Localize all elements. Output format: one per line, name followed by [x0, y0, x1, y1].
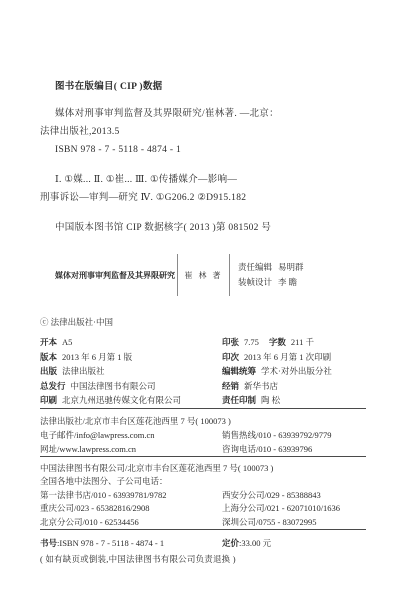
book-copyright-page: 图书在版编目( CIP )数据 媒体对刑事审判监督及其界限研究/崔林著. —北京… [0, 0, 397, 616]
branch-first-law-bookstore: 第一法律书店/010 - 63939781/9782 [40, 489, 222, 503]
return-policy-note: ( 如有缺页或倒装,中国法律图书有限公司负责退换 ) [40, 552, 366, 566]
branch-row: 第一法律书店/010 - 63939781/9782 西安分公司/029 - 8… [40, 489, 366, 503]
branch-row: 北京分公司/010 - 62534456 深圳公司/0755 - 8307299… [40, 516, 366, 530]
branch-beijing: 北京分公司/010 - 62534456 [40, 516, 222, 530]
impression-row: 印次2013 年 6 月第 1 次印刷 [222, 350, 366, 365]
distributor-address: 中国法律图书有限公司/北京市丰台区莲花池西里 7 号( 100073 ) [40, 462, 366, 476]
distributor-section: 中国法律图书有限公司/北京市丰台区莲花池西里 7 号( 100073 ) 全国各… [40, 462, 366, 530]
cip-isbn: ISBN 978 - 7 - 5118 - 4874 - 1 [40, 141, 366, 159]
retailer-row: 经销新华书店 [222, 379, 366, 394]
email-hotline-row: 电子邮件/info@lawpress.com.cn 销售热线/010 - 639… [40, 428, 366, 442]
inquiry-phone: 咨询电话/010 - 63939796 [222, 442, 366, 456]
publisher-row: 出版法律出版社 [40, 364, 222, 379]
print-info-table: 开本A5 版本2013 年 6 月第 1 版 出版法律出版社 总发行中国法律图书… [40, 335, 366, 408]
print-info-left-column: 开本A5 版本2013 年 6 月第 1 版 出版法律出版社 总发行中国法律图书… [40, 335, 222, 408]
editorial-dept-row: 编辑统筹学术·对外出版分社 [222, 364, 366, 379]
author-name: 崔 林 著 [177, 254, 230, 296]
branch-row: 重庆公司/023 - 65382816/2908 上海分公司/021 - 620… [40, 502, 366, 516]
editor-label: 责任编辑 [238, 262, 272, 272]
general-distributor-row: 总发行中国法律图书有限公司 [40, 379, 222, 394]
editor-name: 易明群 [278, 262, 304, 272]
sheets-wordcount-row: 印张7.75字数211 千 [222, 335, 366, 350]
print-supervisor-row: 责任印制陶 松 [222, 393, 366, 408]
website-phone-row: 网址/www.lawpress.com.cn 咨询电话/010 - 639397… [40, 442, 366, 456]
divider [40, 529, 366, 530]
divider [40, 408, 366, 409]
branch-chongqing: 重庆公司/023 - 65382816/2908 [40, 502, 222, 516]
publisher-contact-section: 法律出版社/北京市丰台区莲花池西里 7 号( 100073 ) 电子邮件/inf… [40, 414, 366, 456]
designer-label: 装帧设计 [238, 277, 272, 287]
editor-row: 责任编辑易明群 [238, 260, 304, 275]
printer-row: 印刷北京九州迅驰传媒文化有限公司 [40, 393, 222, 408]
format-row: 开本A5 [40, 335, 222, 350]
cip-heading: 图书在版编目( CIP )数据 [40, 78, 366, 96]
copyright-line: ⓒ 法律出版社·中国 [40, 316, 366, 328]
branch-xian: 西安分公司/029 - 85388843 [222, 489, 366, 503]
publisher-email: 电子邮件/info@lawpress.com.cn [40, 428, 222, 442]
print-info-right-column: 印张7.75字数211 千 印次2013 年 6 月第 1 次印刷 编辑统筹学术… [222, 335, 366, 408]
cip-classification-line2: 刑事诉讼—审判—研究 Ⅳ. ①G206.2 ②D915.182 [40, 189, 366, 207]
sales-hotline: 销售热线/010 - 63939792/9779 [222, 428, 366, 442]
publisher-address: 法律出版社/北京市丰台区莲花池西里 7 号( 100073 ) [40, 414, 366, 428]
publisher-website: 网址/www.lawpress.com.cn [40, 442, 222, 456]
book-number-price-row: 书号:ISBN 978 - 7 - 5118 - 4874 - 1 定价:33.… [40, 536, 366, 550]
branch-phones-note: 全国各地中法图分、子公司电话： [40, 475, 366, 489]
branch-shanghai: 上海分公司/021 - 62071010/1636 [222, 502, 366, 516]
credits: 责任编辑易明群 装帧设计李 瞻 [230, 254, 304, 296]
designer-row: 装帧设计李 瞻 [238, 275, 304, 290]
price: 定价:33.00 元 [222, 536, 366, 550]
divider [40, 456, 366, 457]
edition-row: 版本2013 年 6 月第 1 版 [40, 350, 222, 365]
book-number: 书号:ISBN 978 - 7 - 5118 - 4874 - 1 [40, 536, 222, 550]
cip-classification-line1: Ⅰ. ①媒... Ⅱ. ①崔... Ⅲ. ①传播媒介—影响— [40, 171, 366, 189]
title-credits-block: 媒体对刑事审判监督及其界限研究 崔 林 著 责任编辑易明群 装帧设计李 瞻 [40, 254, 366, 296]
cip-section: 图书在版编目( CIP )数据 媒体对刑事审判监督及其界限研究/崔林著. —北京… [40, 78, 366, 237]
footer-section: 书号:ISBN 978 - 7 - 5118 - 4874 - 1 定价:33.… [40, 536, 366, 566]
cip-description-line2: 法律出版社,2013.5 [40, 123, 366, 141]
branch-shenzhen: 深圳公司/0755 - 83072995 [222, 516, 366, 530]
cip-description-line1: 媒体对刑事审判监督及其界限研究/崔林著. —北京： [40, 105, 366, 123]
book-title: 媒体对刑事审判监督及其界限研究 [40, 254, 177, 296]
designer-name: 李 瞻 [278, 277, 297, 287]
cip-record-number: 中国版本图书馆 CIP 数据核字( 2013 )第 081502 号 [40, 219, 366, 237]
